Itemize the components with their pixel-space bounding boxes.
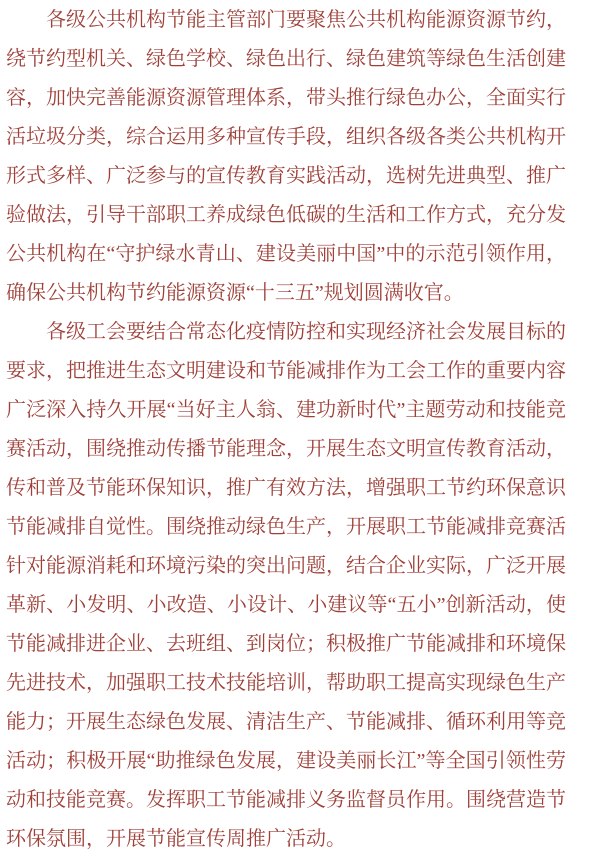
text-line: 容，加快完善能源资源管理体系，带头推行绿色办公，全面实行生: [6, 79, 566, 118]
text-line: 针对能源消耗和环境污染的突出问题，结合企业实际，广泛开展小: [6, 547, 566, 586]
text-line: 节能减排自觉性。围绕推动绿色生产，开展职工节能减排竞赛活动，: [6, 508, 566, 547]
paragraph-labor-unions: 各级工会要结合常态化疫情防控和实现经济社会发展目标的要求，把推进生态文明建设和节…: [6, 313, 566, 859]
text-line: 各级公共机构节能主管部门要聚焦公共机构能源资源节约，围: [6, 1, 566, 40]
text-line: 验做法，引导干部职工养成绿色低碳的生活和工作方式，充分发挥: [6, 196, 566, 235]
text-line: 公共机构在“守护绿水青山、建设美丽中国”中的示范引领作用，: [6, 235, 566, 274]
text-line: 确保公共机构节约能源资源“十三五”规划圆满收官。: [6, 274, 566, 313]
text-line: 广泛深入持久开展“当好主人翁、建功新时代”主题劳动和技能竞: [6, 391, 566, 430]
text-line: 节能减排进企业、去班组、到岗位；积极推广节能减排和环境保护: [6, 625, 566, 664]
text-line: 先进技术，加强职工技术技能培训，帮助职工提高实现绿色生产的: [6, 664, 566, 703]
text-line: 活动；积极开展“助推绿色发展，建设美丽长江”等全国引领性劳: [6, 742, 566, 781]
text-line: 形式多样、广泛参与的宣传教育实践活动，选树先进典型、推广经: [6, 157, 566, 196]
text-line: 环保氛围，开展节能宣传周推广活动。: [6, 820, 566, 859]
text-line: 赛活动，围绕推动传播节能理念，开展生态文明宣传教育活动，宣: [6, 430, 566, 469]
text-line: 动和技能竞赛。发挥职工节能减排义务监督员作用。围绕营造节能: [6, 781, 566, 820]
text-line: 传和普及节能环保知识，推广有效方法，增强职工节约环保意识和: [6, 469, 566, 508]
text-line: 能力；开展生态绿色发展、清洁生产、节能减排、循环利用等竞赛: [6, 703, 566, 742]
text-line: 要求，把推进生态文明建设和节能减排作为工会工作的重要内容，: [6, 352, 566, 391]
paragraph-public-institutions: 各级公共机构节能主管部门要聚焦公共机构能源资源节约，围绕节约型机关、绿色学校、绿…: [6, 1, 566, 313]
text-line: 活垃圾分类，综合运用多种宣传手段，组织各级各类公共机构开展: [6, 118, 566, 157]
document-page: 各级公共机构节能主管部门要聚焦公共机构能源资源节约，围绕节约型机关、绿色学校、绿…: [0, 0, 600, 859]
text-line: 各级工会要结合常态化疫情防控和实现经济社会发展目标的: [6, 313, 566, 352]
text-line: 革新、小发明、小改造、小设计、小建议等“五小”创新活动，使: [6, 586, 566, 625]
text-line: 绕节约型机关、绿色学校、绿色出行、绿色建筑等绿色生活创建内: [6, 40, 566, 79]
